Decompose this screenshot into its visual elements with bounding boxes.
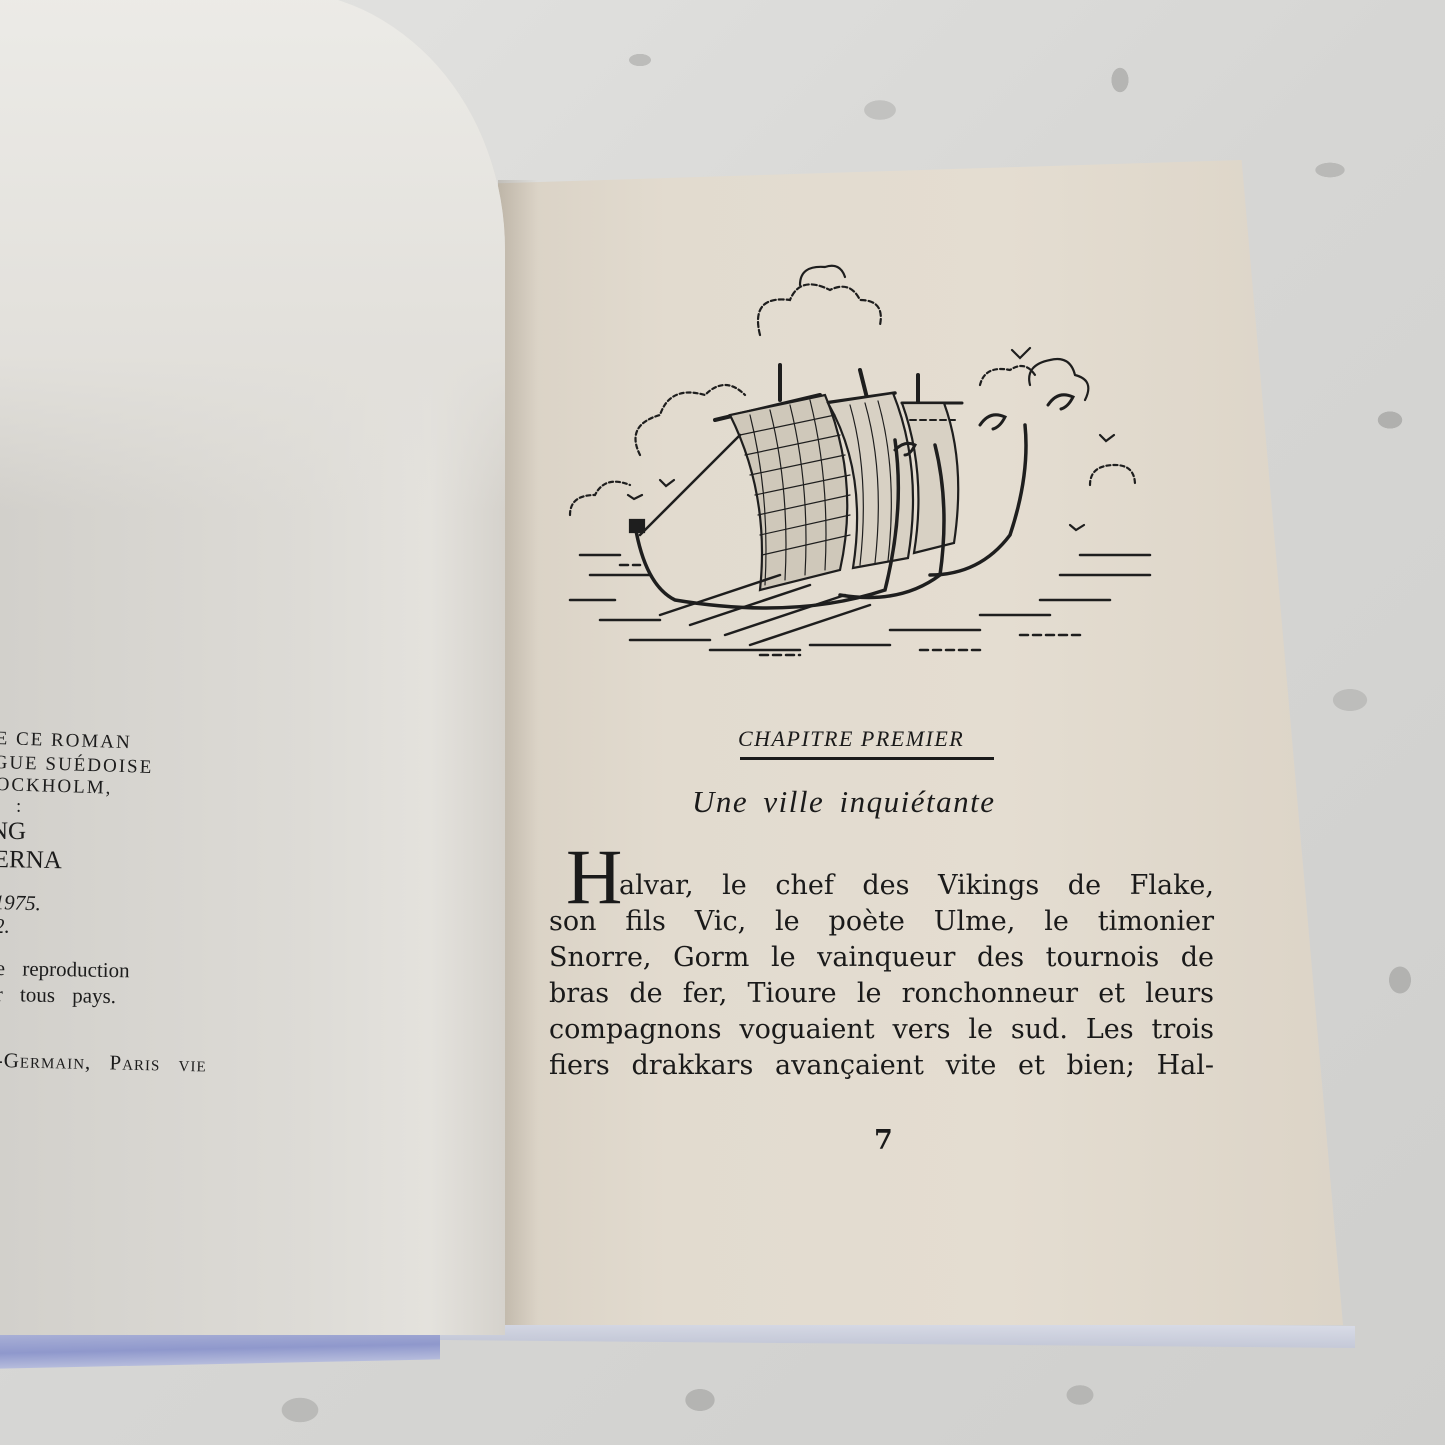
chapter-title: Une ville inquiétante [692,784,995,820]
body-line: fiers drakkars avançaient vite et bien; … [549,1048,1214,1084]
body-line: son fils Vic, le poète Ulme, le timonier [549,904,1214,940]
colophon-line: e reproduction [0,956,130,983]
colophon-line: 1975. [0,890,41,916]
colophon-line: ERNA [0,846,62,875]
viking-ships-illustration [560,255,1160,665]
chapter-body-text: alvar, le chef des Vikings de Flake, son… [549,868,1214,1084]
colophon-line: : [16,796,23,818]
colophon-line: -Germain, Paris vie [0,1048,207,1077]
chapter-rule [740,757,994,760]
body-line: bras de fer, Tioure le ronchonneur et le… [549,976,1214,1012]
colophon-line: 2. [0,914,10,939]
chapter-label: CHAPITRE PREMIER [738,726,964,752]
page-number: 7 [874,1125,893,1156]
body-line: Snorre, Gorm le vainqueur des tournois d… [549,940,1214,976]
body-line: alvar, le chef des Vikings de Flake, [549,868,1214,904]
body-line: compagnons voguaient vers le sud. Les tr… [549,1012,1214,1048]
left-page [0,0,505,1335]
colophon-line: r tous pays. [0,982,116,1009]
colophon-line: NG [0,818,26,846]
colophon-line: E CE ROMAN [0,728,132,754]
